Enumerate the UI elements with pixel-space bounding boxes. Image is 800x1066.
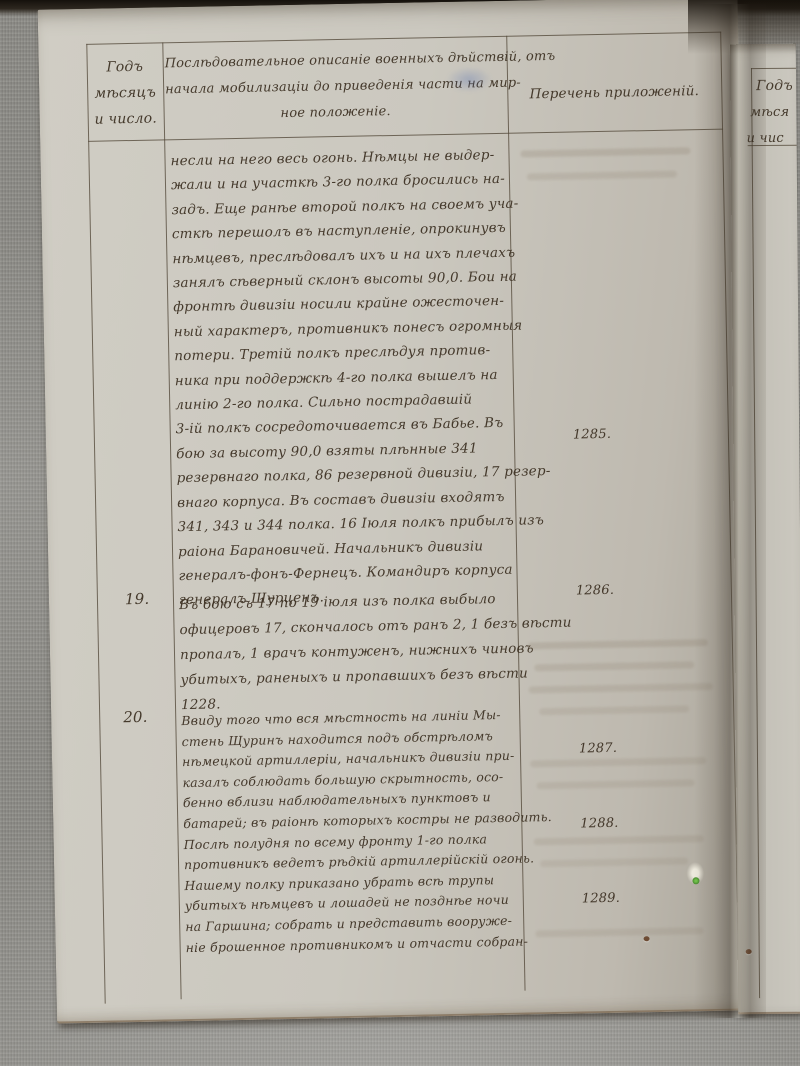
bleed-through-mark (534, 835, 704, 845)
header-appendix-column: Перечень приложеній. (507, 83, 721, 103)
entry-20-date: 20. (123, 708, 148, 726)
bleed-through-mark (529, 683, 713, 694)
entry-20-text: Ввиду того что вся мѣстность на линіи Мы… (181, 705, 524, 959)
appendix-ref-1289: 1289. (582, 891, 620, 907)
brown-speck (644, 936, 650, 941)
adjacent-header-line: мѣся (750, 105, 789, 120)
bleed-through-mark (520, 147, 690, 157)
adjacent-page: Годъ мѣся и чис (730, 44, 800, 1015)
table-top-rule (86, 32, 721, 45)
handwritten-line: Годъ (86, 53, 162, 80)
header-bottom-rule (88, 129, 723, 142)
entry-19-text: Въ бою съ 17 по 19 іюля изъ полка выбыло… (179, 587, 519, 718)
appendix-ref-1286: 1286. (576, 583, 614, 599)
adjacent-header-top-rule (751, 68, 796, 69)
bleed-through-mark (534, 661, 694, 671)
handwritten-line: и число. (87, 105, 163, 132)
brown-speck (746, 949, 752, 954)
adjacent-header-line: и чис (747, 131, 784, 146)
blue-pencil-smudge (437, 61, 502, 98)
bleed-through-mark (539, 705, 689, 715)
bleed-through-mark (530, 757, 706, 767)
entry-continuation-text: несли на него весь огонь. Нѣмцы не выдер… (170, 143, 517, 613)
bleed-through-mark (540, 857, 688, 867)
bleed-through-mark (537, 779, 695, 789)
bleed-through-mark (527, 171, 677, 181)
archival-photo: { "page": { "header": { "col1_lines": ["… (0, 0, 800, 1066)
appendix-ref-1285: 1285. (573, 427, 611, 443)
bleed-through-mark (535, 927, 703, 937)
appendix-ref-1288: 1288. (580, 816, 618, 832)
header-date-column: Годъмѣсяцъи число. (86, 53, 163, 132)
journal-page: Годъмѣсяцъи число. Послѣдовательное опис… (38, 0, 757, 1024)
bleed-through-mark (528, 639, 708, 649)
appendix-ref-1287: 1287. (579, 741, 617, 757)
adjacent-table-left-rule (751, 68, 760, 998)
entry-19-date: 19. (125, 590, 150, 608)
green-speck (692, 877, 699, 884)
table-left-rule (86, 44, 105, 1004)
adjacent-header-line: Годъ (756, 78, 793, 94)
handwritten-line: мѣсяцъ (87, 79, 163, 106)
